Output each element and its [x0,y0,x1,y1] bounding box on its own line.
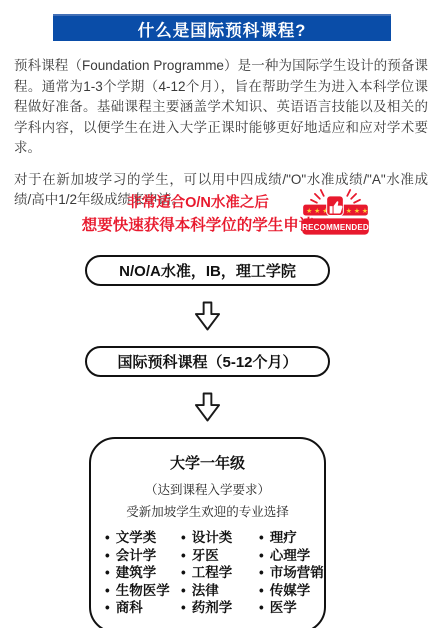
down-arrow-icon [194,301,221,331]
flow-step-qualifications: N/O/A水准，IB，理工学院 [85,255,330,286]
stars-left-icon: ★ ★ ★ [306,208,328,215]
university-title: 大学一年级 [91,452,324,473]
major-item: 设计类 [181,529,259,547]
recommended-badge: ★ ★ ★ ★ ★ ★ RECOMMENDED [302,189,369,238]
majors-column-2: 设计类 牙医 工程学 法律 药剂学 [181,529,259,617]
major-item: 药剂学 [181,599,259,617]
major-item: 商科 [105,599,181,617]
major-item: 市场营销 [259,564,324,582]
page: 什么是国际预科课程? 预科课程（Foundation Programme）是一种… [0,0,442,628]
flow-step-1-label: N/O/A水准，IB，理工学院 [119,260,296,281]
majors-list: 文学类 会计学 建筑学 生物医学 商科 设计类 牙医 工程学 法律 药剂学 理疗… [91,529,324,617]
major-item: 牙医 [181,547,259,565]
major-item: 理疗 [259,529,324,547]
major-item: 心理学 [259,547,324,565]
major-item: 生物医学 [105,582,181,600]
major-item: 工程学 [181,564,259,582]
major-item: 会计学 [105,547,181,565]
intro-paragraph-1: 预科课程（Foundation Programme）是一种为国际学生设计的预备课… [14,56,428,159]
university-subtitle: （达到课程入学要求） [91,480,324,498]
major-item: 传媒学 [259,582,324,600]
major-item: 医学 [259,599,324,617]
badge-label: RECOMMENDED [302,223,369,232]
flow-step-2-label: 国际预科课程（5-12个月） [117,351,297,372]
stars-right-icon: ★ ★ ★ [346,208,368,215]
majors-column-1: 文学类 会计学 建筑学 生物医学 商科 [105,529,181,617]
university-note: 受新加坡学生欢迎的专业选择 [91,502,324,520]
flowchart: N/O/A水准，IB，理工学院 国际预科课程（5-12个月） 大学一年级 （达到… [85,255,330,628]
major-item: 建筑学 [105,564,181,582]
flow-step-foundation: 国际预科课程（5-12个月） [85,346,330,377]
major-item: 法律 [181,582,259,600]
down-arrow-icon [194,392,221,422]
page-title-bar: 什么是国际预科课程? [53,14,391,41]
page-title: 什么是国际预科课程? [138,17,307,41]
major-item: 文学类 [105,529,181,547]
flow-step-university: 大学一年级 （达到课程入学要求） 受新加坡学生欢迎的专业选择 文学类 会计学 建… [89,437,326,628]
majors-column-3: 理疗 心理学 市场营销 传媒学 医学 [259,529,324,617]
